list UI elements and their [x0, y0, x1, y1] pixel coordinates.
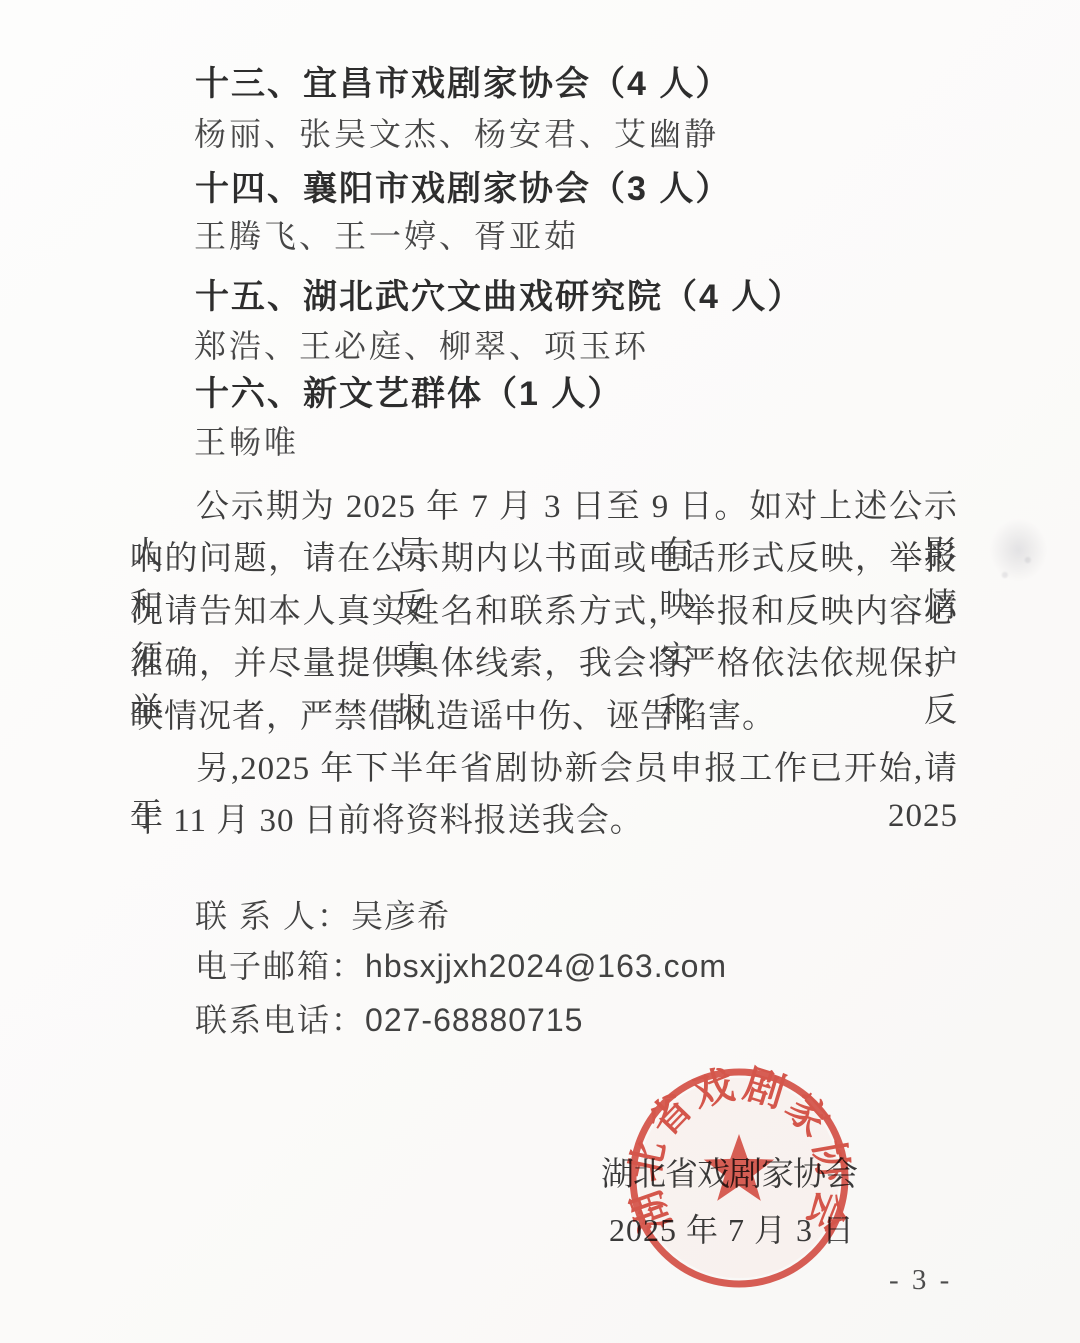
- document-page: 十三、宜昌市戏剧家协会（4 人） 杨丽、张吴文杰、杨安君、艾幽静 十四、襄阳市戏…: [0, 0, 1080, 1343]
- member-names-14: 王腾飞、王一婷、胥亚茹: [194, 211, 579, 257]
- member-names-13: 杨丽、张吴文杰、杨安君、艾幽静: [194, 109, 719, 155]
- member-names-16: 王畅唯: [194, 417, 299, 463]
- publicity-paragraph-line: 映情况者，严禁借机造谣中伤、诬告陷害。: [130, 690, 958, 737]
- contact-email-value: hbsxjjxh2024@163.com: [365, 948, 727, 984]
- scan-smudge: [968, 505, 1060, 605]
- contact-phone-value: 027-68880715: [365, 1002, 583, 1038]
- section-heading-16: 十六、新文艺群体（1 人）: [195, 366, 623, 415]
- contact-phone-label: 联系电话：: [195, 1002, 365, 1038]
- page-number: - 3 -: [889, 1264, 952, 1297]
- application-paragraph-line: 年 11 月 30 日前将资料报送我会。: [130, 794, 958, 841]
- section-heading-13: 十三、宜昌市戏剧家协会（4 人）: [195, 56, 731, 105]
- official-seal: 湖北省戏剧家协会: [624, 1063, 854, 1293]
- contact-email-line: 电子邮箱：hbsxjjxh2024@163.com: [195, 941, 727, 987]
- section-heading-14: 十四、襄阳市戏剧家协会（3 人）: [195, 161, 731, 210]
- contact-email-label: 电子邮箱：: [195, 948, 365, 984]
- contact-person-value: 吴彦希: [351, 898, 450, 934]
- member-names-15: 郑浩、王必庭、柳翠、项玉环: [194, 321, 649, 367]
- contact-person-line: 联 系 人：吴彦希: [195, 891, 450, 937]
- section-heading-15: 十五、湖北武穴文曲戏研究院（4 人）: [195, 269, 803, 318]
- contact-phone-line: 联系电话：027-68880715: [195, 995, 583, 1041]
- contact-person-label: 联 系 人：: [195, 898, 351, 934]
